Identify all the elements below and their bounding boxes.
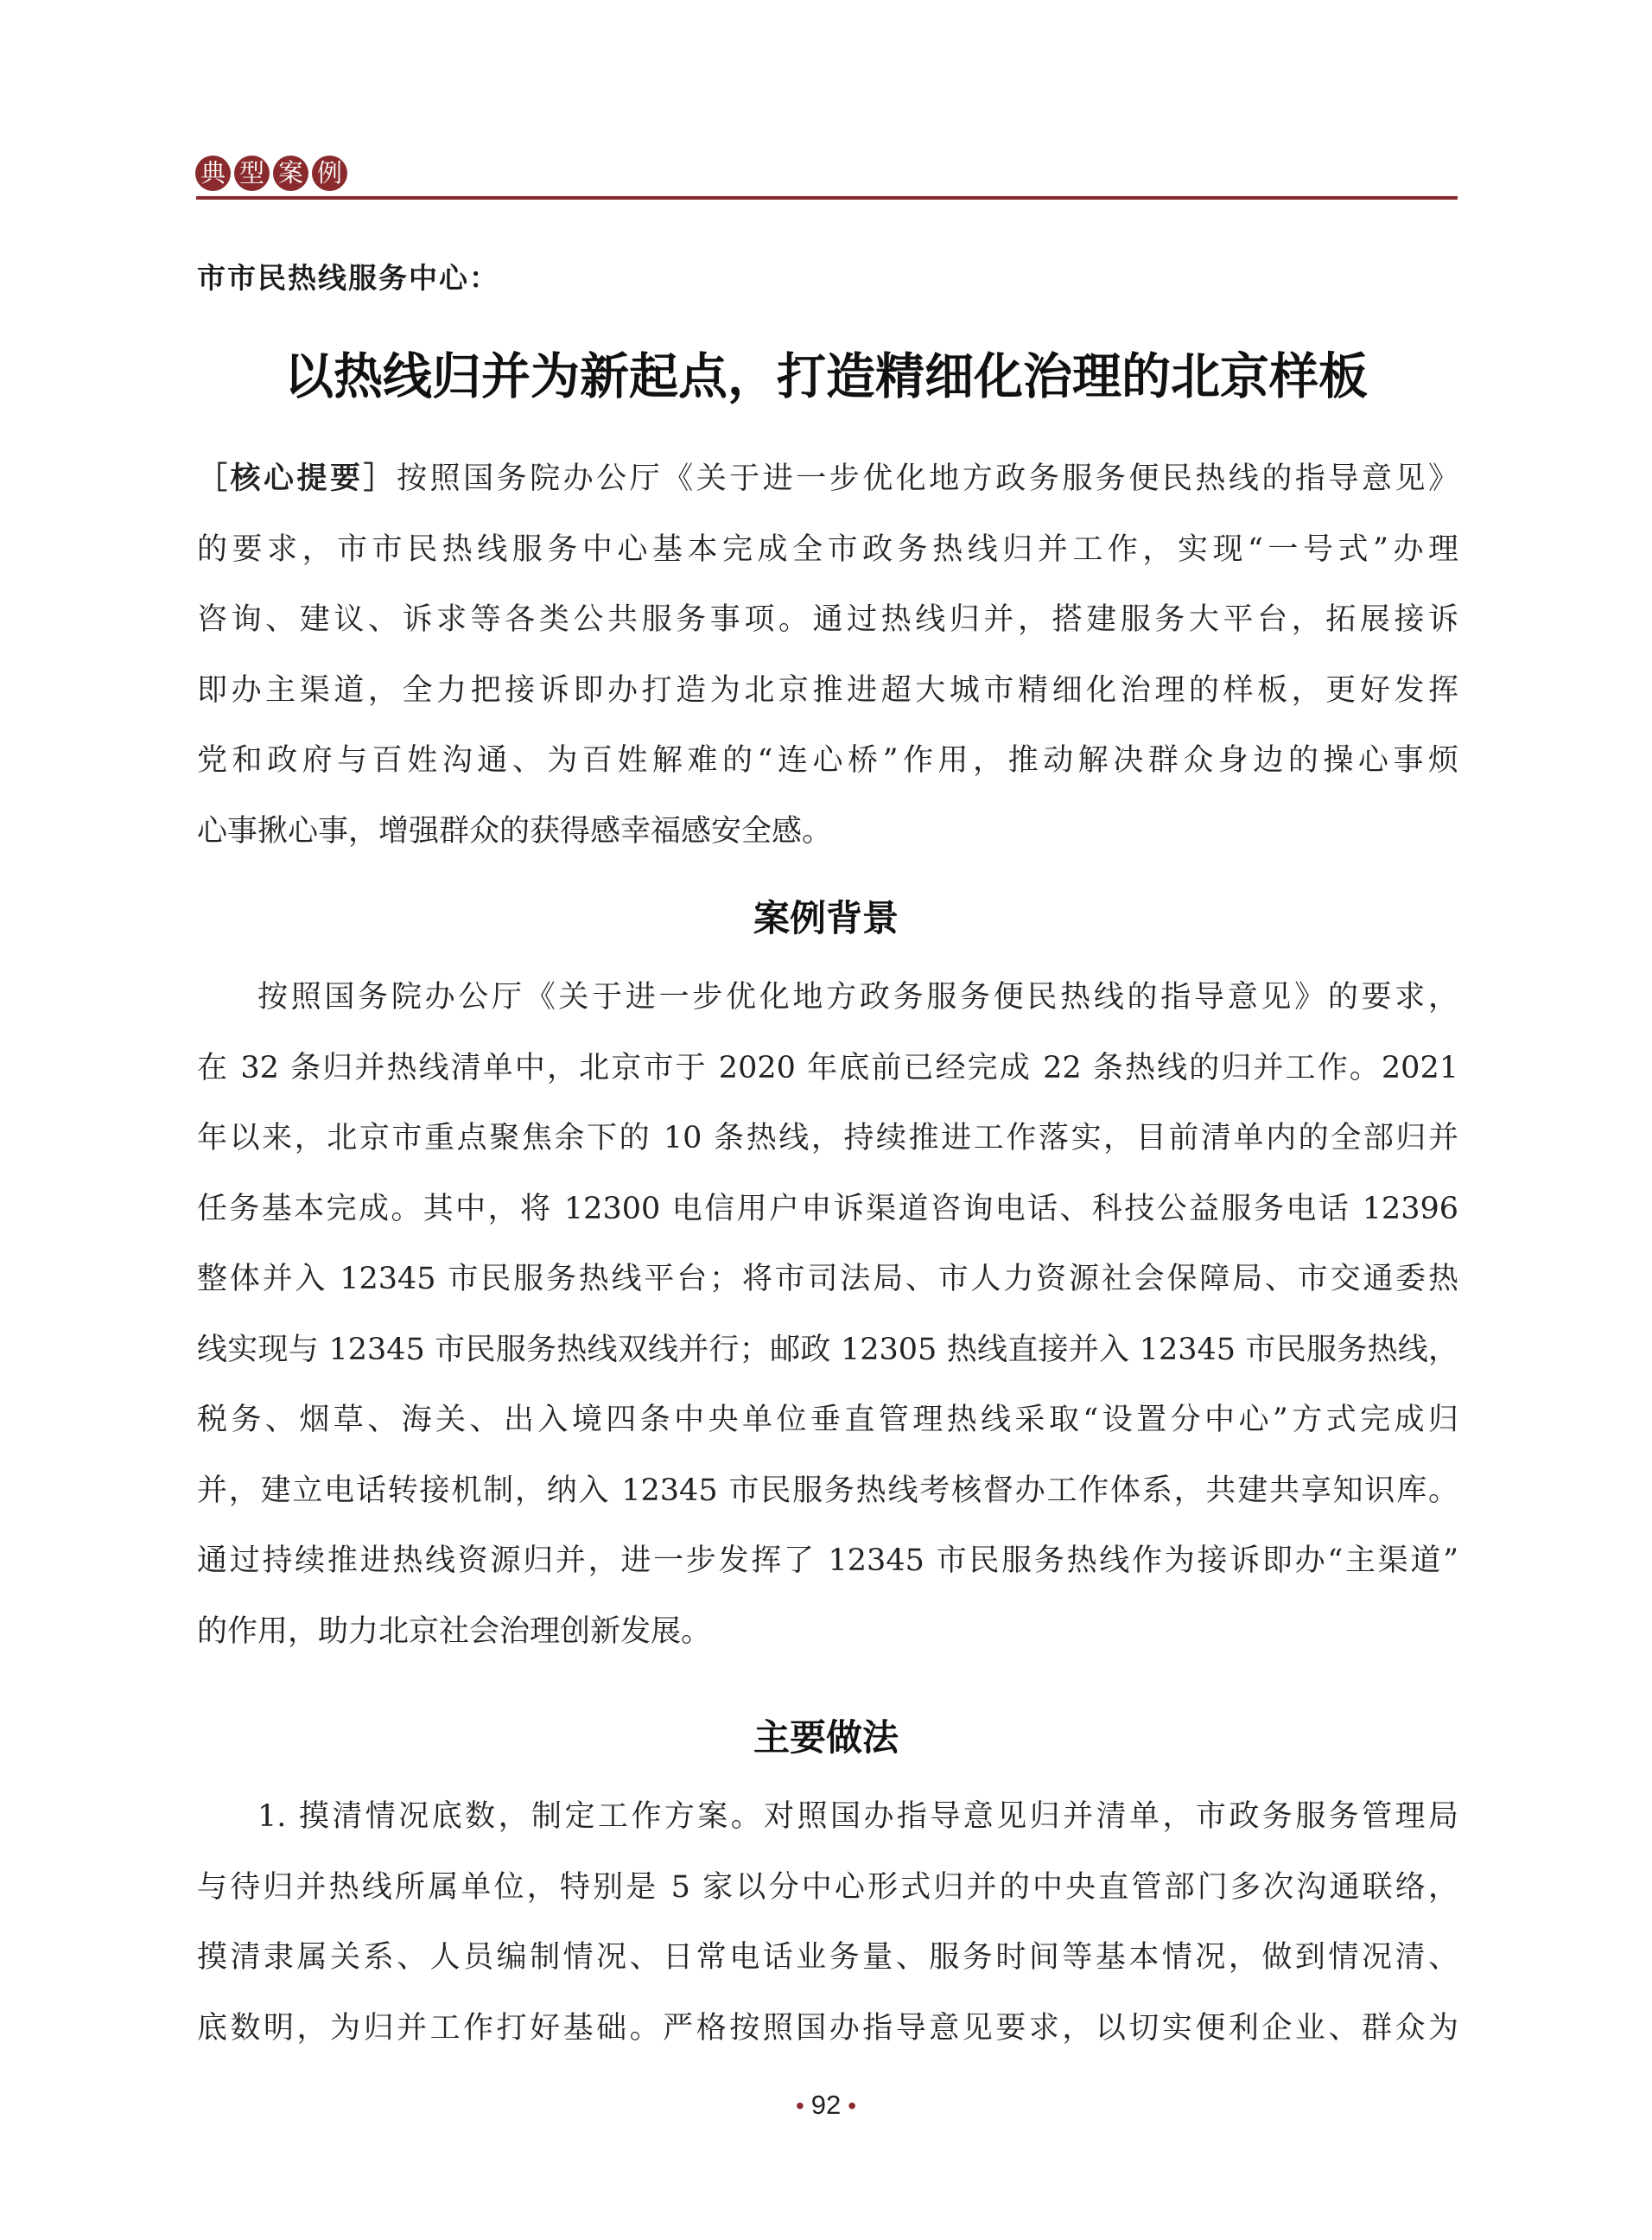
body-line: 底数明，为归并工作打好基础。严格按照国办指导意见要求，以切实便利企业、群众为 [197,2008,1458,2078]
summary-label: ［核心提要］ [197,461,397,496]
section-badge: 型 [234,156,270,191]
section-badge-group: 典 型 案 例 [195,156,347,191]
body-line: 整体并入 12345 市民服务热线平台；将市司法局、市人力资源社会保障局、市交通… [197,1258,1458,1329]
summary-line: 党和政府与百姓沟通、为百姓解难的“连心桥”作用，推动解决群众身边的操心事烦 [197,740,1458,811]
summary-line: 的要求，市市民热线服务中心基本完成全市政务热线归并工作，实现“一号式”办理 [197,529,1458,600]
body-line: 的作用，助力北京社会治理创新发展。 [197,1611,1458,1682]
body-line: 任务基本完成。其中，将 12300 电信用户申诉渠道咨询电话、科技公益服务电话 … [197,1188,1458,1259]
section-badge: 案 [273,156,308,191]
summary-line: 即办主渠道，全力把接诉即办打造为北京推进超大城市精细化治理的样板，更好发挥 [197,670,1458,741]
body-line: 通过持续推进热线资源归并，进一步发挥了 12345 市民服务热线作为接诉即办“主… [197,1540,1458,1611]
section-body-background: 按照国务院办公厅《关于进一步优化地方政务服务便民热线的指导意见》的要求， 在 3… [197,977,1458,1681]
summary-line: 咨询、建议、诉求等各类公共服务事项。通过热线归并，搭建服务大平台，拓展接诉 [197,599,1458,670]
body-line: 与待归并热线所属单位，特别是 5 家以分中心形式归并的中央直管部门多次沟通联络， [197,1867,1458,1938]
bullet-dot-icon: • [848,2092,856,2119]
body-line: 1. 摸清情况底数，制定工作方案。对照国办指导意见归并清单，市政务服务管理局 [197,1796,1458,1867]
section-heading-background: 案例背景 [0,890,1652,942]
summary-line: 心事揪心事，增强群众的获得感幸福感安全感。 [197,811,1458,881]
section-body-practices: 1. 摸清情况底数，制定工作方案。对照国办指导意见归并清单，市政务服务管理局 与… [197,1796,1458,2078]
body-line: 年以来，北京市重点聚焦余下的 10 条热线，持续推进工作落实，目前清单内的全部归… [197,1117,1458,1188]
page-number-text: 92 [811,2090,841,2120]
page-number: •92• [0,2090,1652,2121]
core-summary: ［核心提要］按照国务院办公厅《关于进一步优化地方政务服务便民热线的指导意见》 的… [197,458,1458,881]
body-line: 税务、烟草、海关、出入境四条中央单位垂直管理热线采取“设置分中心”方式完成归 [197,1399,1458,1470]
summary-line-text: 按照国务院办公厅《关于进一步优化地方政务服务便民热线的指导意见》 [397,461,1458,496]
header-divider [196,196,1458,200]
body-line: 在 32 条归并热线清单中，北京市于 2020 年底前已经完成 22 条热线的归… [197,1047,1458,1118]
body-line: 按照国务院办公厅《关于进一步优化地方政务服务便民热线的指导意见》的要求， [197,977,1458,1047]
body-line: 摸清隶属关系、人员编制情况、日常电话业务量、服务时间等基本情况，做到情况清、 [197,1937,1458,2008]
body-line: 线实现与 12345 市民服务热线双线并行；邮政 12305 热线直接并入 12… [197,1329,1458,1400]
body-line: 并，建立电话转接机制，纳入 12345 市民服务热线考核督办工作体系，共建共享知… [197,1470,1458,1541]
section-heading-practices: 主要做法 [0,1709,1652,1761]
article-title: 以热线归并为新起点，打造精细化治理的北京样板 [0,337,1652,408]
article-subtitle: 市市民热线服务中心： [197,256,499,296]
section-badge: 例 [312,156,347,191]
summary-line: ［核心提要］按照国务院办公厅《关于进一步优化地方政务服务便民热线的指导意见》 [197,458,1458,529]
section-badge: 典 [195,156,231,191]
bullet-dot-icon: • [796,2092,804,2119]
